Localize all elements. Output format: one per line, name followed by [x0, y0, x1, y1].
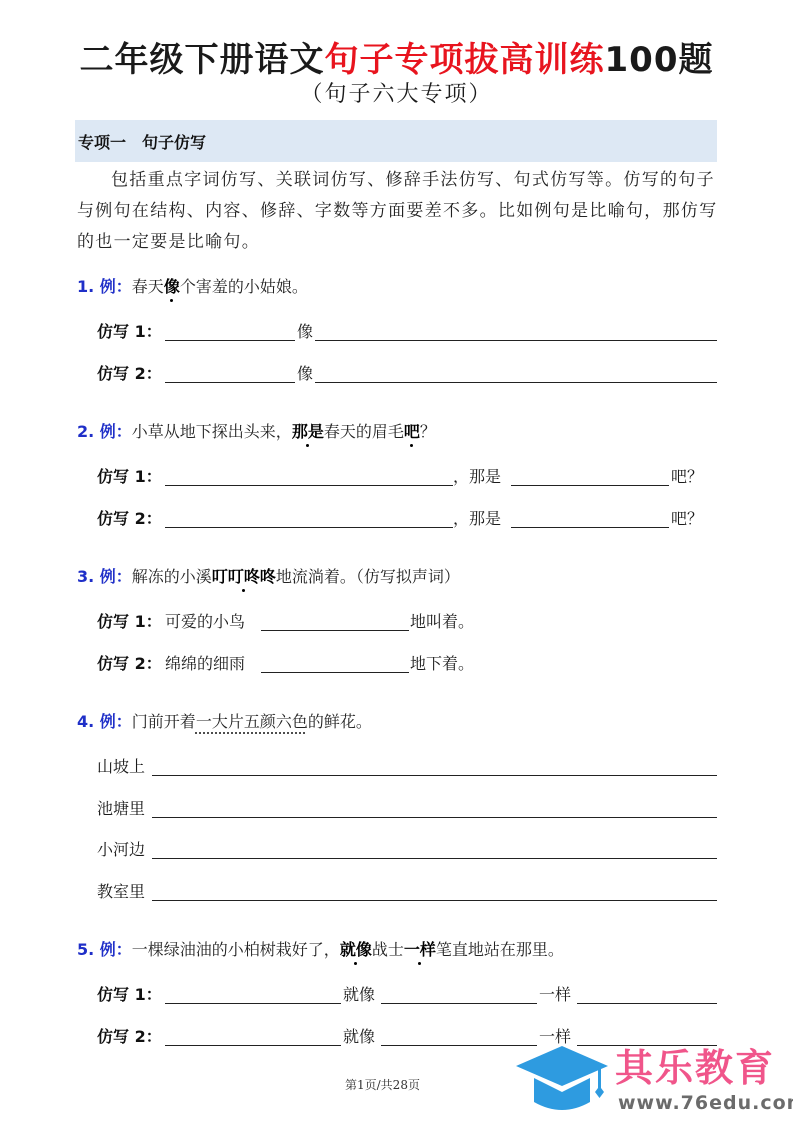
document-title: 二年级下册语文句子专项拔高训练100题 — [0, 38, 793, 82]
answer-blank[interactable] — [261, 652, 409, 673]
section-heading: 专项一 句子仿写 — [78, 130, 206, 153]
emphasis-word: 就像 — [340, 940, 372, 959]
emphasis-word: 吧 — [404, 422, 420, 441]
emphasis-word: 一样 — [404, 940, 436, 959]
watermark-url: www.76edu.com — [618, 1092, 793, 1114]
row-label: 仿写 2： — [97, 507, 162, 531]
answer-blank[interactable] — [511, 465, 669, 486]
answer-blank[interactable] — [152, 755, 717, 776]
answer-blank[interactable] — [165, 507, 453, 528]
answer-blank[interactable] — [152, 797, 717, 818]
question-3-row-2: 仿写 2： 绵绵的细雨 地下着。 — [97, 652, 717, 676]
question-5-example: 5. 例：一棵绿油油的小柏树栽好了，就像战士一样笔直地站在那里。 — [77, 939, 564, 961]
question-number: 1. 例： — [77, 277, 132, 296]
answer-blank[interactable] — [381, 983, 537, 1004]
title-part1: 二年级下册语文 — [80, 40, 325, 80]
answer-blank[interactable] — [152, 838, 717, 859]
section-header-bar: 专项一 句子仿写 — [75, 120, 717, 162]
answer-blank[interactable] — [152, 880, 717, 901]
answer-blank[interactable] — [577, 983, 717, 1004]
question-2-row-1: 仿写 1： ，那是 吧？ — [97, 465, 717, 489]
watermark-brand: 其乐教育 — [615, 1046, 775, 1090]
title-highlight: 句子专项拔高训练 — [325, 40, 605, 80]
question-3-row-1: 仿写 1： 可爱的小鸟 地叫着。 — [97, 610, 717, 634]
answer-blank[interactable] — [165, 320, 295, 341]
question-1-row-1: 仿写 1： 像 — [97, 320, 717, 344]
question-4-example: 4. 例：门前开着一大片五颜六色的鲜花。 — [77, 711, 372, 733]
answer-blank[interactable] — [315, 320, 717, 341]
question-number: 4. 例： — [77, 712, 132, 731]
row-label: 仿写 1： — [97, 983, 162, 1007]
emphasis-word: 那是 — [292, 422, 324, 441]
question-1-row-2: 仿写 2： 像 — [97, 362, 717, 386]
answer-blank[interactable] — [315, 362, 717, 383]
answer-blank[interactable] — [261, 610, 409, 631]
question-5-row-1: 仿写 1： 就像 一样 — [97, 983, 717, 1007]
question-number: 2. 例： — [77, 422, 132, 441]
row-label: 仿写 1： — [97, 610, 162, 634]
answer-blank[interactable] — [511, 507, 669, 528]
row-label: 仿写 1： — [97, 320, 162, 344]
answer-blank[interactable] — [165, 362, 295, 383]
question-4-row-3: 小河边 — [97, 838, 717, 862]
document-subtitle: （句子六大专项） — [0, 80, 793, 110]
answer-blank[interactable] — [165, 983, 341, 1004]
row-label: 仿写 1： — [97, 465, 162, 489]
question-number: 3. 例： — [77, 567, 132, 586]
answer-blank[interactable] — [165, 1025, 341, 1046]
graduation-cap-icon — [512, 1044, 612, 1120]
answer-blank[interactable] — [165, 465, 453, 486]
question-2-row-2: 仿写 2： ，那是 吧？ — [97, 507, 717, 531]
row-label: 仿写 2： — [97, 1025, 162, 1049]
answer-blank[interactable] — [577, 1025, 717, 1046]
section-intro: 包括重点字词仿写、关联词仿写、修辞手法仿写、句式仿写等。仿写的句子与例句在结构、… — [77, 165, 719, 258]
row-label: 仿写 2： — [97, 362, 162, 386]
emphasis-word: 像 — [164, 277, 180, 296]
title-part3: 100题 — [605, 40, 714, 80]
question-3-example: 3. 例：解冻的小溪叮叮咚咚地流淌着。（仿写拟声词） — [77, 566, 460, 588]
question-4-row-4: 教室里 — [97, 880, 717, 904]
question-4-row-1: 山坡上 — [97, 755, 717, 779]
emphasis-phrase: 一大片五颜六色 — [196, 712, 308, 731]
page-number: 第1页/共28页 — [345, 1076, 420, 1093]
question-4-row-2: 池塘里 — [97, 797, 717, 821]
question-number: 5. 例： — [77, 940, 132, 959]
answer-blank[interactable] — [381, 1025, 537, 1046]
question-2-example: 2. 例：小草从地下探出头来，那是春天的眉毛吧？ — [77, 421, 436, 443]
question-1-example: 1. 例：春天像个害羞的小姑娘。 — [77, 276, 308, 298]
row-label: 仿写 2： — [97, 652, 162, 676]
emphasis-word: 叮叮咚咚 — [212, 567, 276, 586]
